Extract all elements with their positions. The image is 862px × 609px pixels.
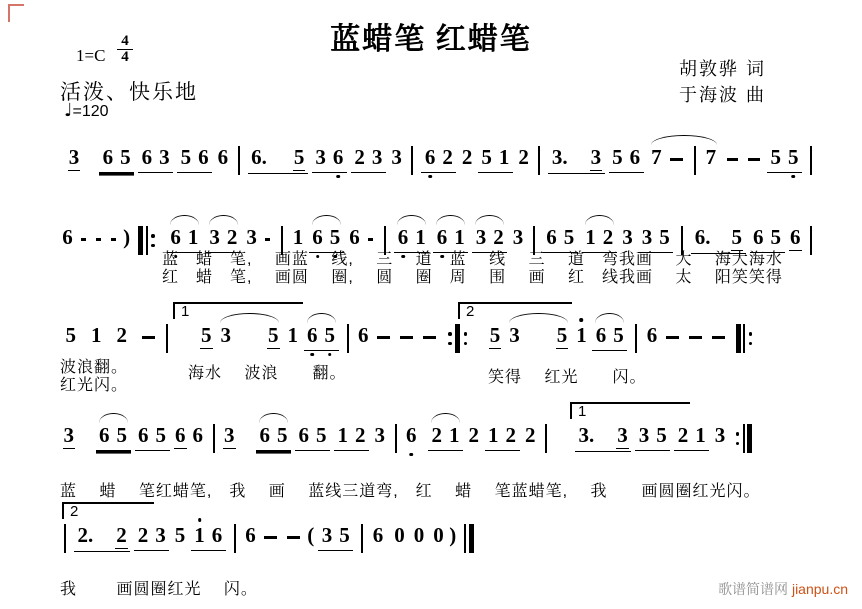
note-group: 23 <box>351 146 386 173</box>
thin-bar <box>347 324 349 353</box>
note: 1 <box>498 146 511 170</box>
note: 6 <box>197 146 210 170</box>
note-group-slur: 77 <box>648 146 720 177</box>
key-signature: 1=C <box>76 46 105 66</box>
lyric-line: 蓝 蜡 笔红蜡笔, 我 画 蓝线三道弯, 红 蜡 笔蓝蜡笔, 我 画圆圈红光闪。 <box>60 478 760 501</box>
note: 6 <box>646 324 659 348</box>
note: 6 <box>61 226 74 250</box>
barline <box>810 226 812 255</box>
note-group: 6.5 <box>248 146 308 174</box>
thin-bar <box>395 424 397 453</box>
note: 5 <box>276 424 289 448</box>
note: 5 <box>556 324 569 349</box>
note: 5 <box>315 424 328 448</box>
note: 3 <box>616 424 629 449</box>
thick-bar <box>747 424 752 453</box>
note: 1 <box>193 524 206 548</box>
note-group: 3.3 <box>548 146 604 174</box>
score-line-1: 365635666.5362336225123.3567755 <box>58 122 818 177</box>
spacer <box>428 524 430 525</box>
lyric-line: 红 蜡 笔, 画圆 圈, 圆 圈 周 围 画 红 线我画 太 阳笑笑得 <box>162 264 783 287</box>
note-group: 55 <box>767 146 802 173</box>
note: 6 <box>405 424 418 448</box>
repeat-dots <box>150 226 156 255</box>
note: 6 <box>192 424 205 448</box>
note: 5 <box>180 146 193 170</box>
note: 6 <box>789 226 802 251</box>
note: 6. <box>250 146 268 170</box>
note: 7 <box>705 146 718 170</box>
note-group: 65 <box>99 146 134 173</box>
note-group-slur: 65 <box>256 424 291 451</box>
barline <box>635 324 637 353</box>
note: 6 <box>357 324 370 348</box>
note-group: 65 <box>135 424 170 451</box>
low-octave-dot <box>310 353 314 357</box>
note-group: 2.2 <box>74 524 130 552</box>
parenthesis: ) <box>123 226 130 249</box>
duration-dash <box>142 336 155 339</box>
notation-row: 365635666.5362336225123.3567755 <box>58 146 818 177</box>
spacer <box>408 524 410 525</box>
note: 5 <box>116 424 129 448</box>
high-octave-dot <box>580 318 584 322</box>
lyric-line: 我 画圆圈红光 闪。 <box>60 576 258 599</box>
composer-credit: 于海波 曲 <box>679 81 766 107</box>
thick-bar <box>138 226 143 255</box>
time-signature: 4 4 <box>117 34 133 65</box>
note-group: 56 <box>609 146 644 173</box>
lyricist-credit: 胡敦骅 词 <box>679 55 766 81</box>
notation-row: 51253516565351656 <box>58 324 818 353</box>
metronome-value: =120 <box>73 103 109 120</box>
thin-bar <box>545 424 547 453</box>
barline <box>64 524 66 553</box>
spacer <box>83 146 97 147</box>
volta-label: 2 <box>70 504 78 521</box>
note: 3 <box>314 146 327 170</box>
note: 6 <box>332 146 345 170</box>
thin-bar <box>743 424 745 453</box>
note: 5 <box>65 324 78 348</box>
watermark-site-name: 歌谱简谱网 <box>718 581 792 597</box>
duration-dash <box>264 536 277 539</box>
thin-bar <box>146 226 148 255</box>
note-group-slur: 65 <box>96 424 131 451</box>
thin-bar <box>743 324 745 353</box>
note: 3 <box>223 424 236 449</box>
note: 1 <box>448 424 461 448</box>
note-group: 56 <box>177 146 212 173</box>
barline <box>538 146 540 175</box>
note: 6 <box>259 424 272 448</box>
spacer <box>58 226 59 227</box>
note: 3 <box>374 424 387 448</box>
thin-bar <box>166 324 168 353</box>
spacer <box>571 146 587 147</box>
note: 6 <box>141 146 154 170</box>
thin-bar <box>635 324 637 353</box>
thin-bar <box>464 524 466 553</box>
volta-label: 1 <box>181 304 189 321</box>
thin-bar <box>810 146 812 175</box>
low-octave-dot <box>409 453 413 457</box>
note: 5 <box>612 324 625 348</box>
spacer <box>235 324 265 325</box>
note: 0 <box>432 524 445 548</box>
note: 6 <box>306 324 319 348</box>
begin-repeat-sign <box>736 324 754 353</box>
duration-dash <box>96 238 101 241</box>
note-group: 16 <box>191 524 226 551</box>
end-begin-repeat-sign <box>447 324 468 353</box>
note: 2 <box>461 146 474 170</box>
metronome-mark: ♩=120 <box>64 100 109 121</box>
note: 1 <box>694 424 707 448</box>
note: 3 <box>390 146 403 170</box>
note: 2 <box>116 324 129 348</box>
watermark-site-url: jianpu.cn <box>792 581 848 597</box>
thick-bar <box>455 324 460 353</box>
spacer <box>238 424 254 425</box>
spacer <box>162 226 165 227</box>
duration-dash <box>423 336 436 339</box>
parenthesis: ) <box>449 524 456 547</box>
note: 6 <box>174 424 187 449</box>
thin-bar <box>411 146 413 175</box>
note: 6 <box>595 324 608 348</box>
duration-dash <box>670 158 683 161</box>
thin-bar <box>213 424 215 453</box>
score-line-4: 136565663656512362121223.335213蓝 蜡 笔红蜡笔,… <box>58 400 818 453</box>
note: 5 <box>267 324 280 349</box>
note: 5 <box>174 524 187 548</box>
note: 1 <box>487 424 500 448</box>
duration-dash <box>666 336 679 339</box>
note: 3 <box>154 524 167 548</box>
duration-dash <box>689 336 702 339</box>
note: 5 <box>155 424 168 448</box>
note: 6 <box>102 146 115 170</box>
spacer <box>58 146 65 147</box>
spacer <box>97 524 113 525</box>
note: 2. <box>77 524 95 548</box>
note-group: 12 <box>485 424 520 451</box>
barline <box>361 524 363 553</box>
repeat-dots <box>463 324 469 353</box>
volta-label: 1 <box>578 404 586 421</box>
lyric-line: 海水 波浪 翻。 <box>188 360 346 383</box>
spacer <box>80 324 88 325</box>
note: 3 <box>220 324 233 348</box>
note-group-slur: 65 <box>304 324 339 351</box>
spacer <box>474 324 486 325</box>
spacer <box>553 424 573 425</box>
low-octave-dot <box>336 175 340 179</box>
note-group: 36 <box>312 146 347 173</box>
duration-dash <box>748 158 760 161</box>
barline <box>395 424 397 453</box>
spacer <box>105 324 113 325</box>
spacer <box>714 226 728 227</box>
note: 3 <box>321 524 334 548</box>
low-octave-dot <box>428 175 432 179</box>
spacer <box>78 424 94 425</box>
note: 6 <box>211 524 224 548</box>
note: 2 <box>517 146 530 170</box>
duration-dash <box>287 536 300 539</box>
duration-dash <box>368 238 373 241</box>
note: 1 <box>90 324 103 348</box>
note: 3 <box>63 424 76 449</box>
spacer <box>387 524 391 525</box>
note: 5 <box>480 146 493 170</box>
thin-bar <box>238 146 240 175</box>
note: 6 <box>629 146 642 170</box>
spacer <box>131 324 137 325</box>
thin-bar <box>694 146 696 175</box>
note: 2 <box>468 424 481 448</box>
begin-repeat-sign <box>138 226 156 255</box>
duration-dash <box>265 238 270 241</box>
thin-bar <box>64 524 66 553</box>
barline <box>545 424 547 453</box>
barline <box>411 146 413 175</box>
barline <box>810 146 812 175</box>
note-group: 23 <box>134 524 169 551</box>
note: 2 <box>137 524 150 548</box>
note-group: 65 <box>295 424 330 451</box>
note: 2 <box>677 424 690 448</box>
barline <box>234 524 236 553</box>
spacer <box>420 424 426 425</box>
note: 5 <box>489 324 502 349</box>
sheet-music-page: 蓝蜡笔 红蜡笔 1=C 4 4 活泼、快乐地 ♩=120 胡敦骅 词 于海波 曲… <box>0 0 862 609</box>
quarter-note-icon: ♩ <box>64 100 73 121</box>
note-group: 63 <box>138 146 173 173</box>
note: 3. <box>551 146 569 170</box>
note: 6 <box>244 524 257 548</box>
score-line-2: 6)613231656616132365123356.5656蓝 蜡 笔, 画蓝… <box>58 202 818 255</box>
note-group-slur: 35 <box>506 324 571 351</box>
note-group: 12 <box>334 424 369 451</box>
note: 0 <box>393 524 406 548</box>
duration-dash <box>111 238 116 241</box>
score-line-5: 22.2235166(356000)我 画圆圈红光 闪。 <box>58 500 818 553</box>
thin-bar <box>361 524 363 553</box>
duration-dash <box>727 158 739 161</box>
high-octave-dot <box>198 518 202 522</box>
note-group: 35 <box>318 524 353 551</box>
note: 6 <box>98 424 111 448</box>
spacer <box>174 324 198 325</box>
note: 5 <box>200 324 213 349</box>
note: 3 <box>68 146 81 171</box>
spacer <box>58 324 62 325</box>
note: 5 <box>324 324 337 348</box>
end-repeat-sign <box>735 424 753 453</box>
barline <box>166 324 168 353</box>
duration-dash <box>712 336 725 339</box>
note-group: 21 <box>674 424 709 451</box>
note: 5 <box>611 146 624 170</box>
note: 2 <box>505 424 518 448</box>
note-group: 35 <box>635 424 670 451</box>
spacer <box>523 324 553 325</box>
barline <box>694 146 696 175</box>
note: 2 <box>441 146 454 170</box>
duration-dash <box>377 336 390 339</box>
note: 1 <box>337 424 350 448</box>
note: 3. <box>578 424 596 448</box>
note: 3 <box>638 424 651 448</box>
duration-dash <box>81 238 86 241</box>
volta-bracket-1: 1 <box>570 402 690 419</box>
barline <box>347 324 349 353</box>
notation-row: 36565663656512362121223.335213 <box>58 424 818 453</box>
parenthesis: ( <box>307 524 314 547</box>
barline <box>213 424 215 453</box>
note-group-slur: 65 <box>592 324 627 351</box>
note: 6 <box>298 424 311 448</box>
watermark: 歌谱简谱网 jianpu.cn <box>718 579 848 599</box>
spacer <box>270 146 290 147</box>
note: 3 <box>714 424 727 448</box>
thin-bar <box>810 226 812 255</box>
note: 3 <box>158 146 171 170</box>
thick-bar <box>469 524 474 553</box>
note: 5 <box>119 146 132 170</box>
low-octave-dot <box>328 353 332 357</box>
note: 2 <box>353 146 366 170</box>
final-barline <box>464 524 474 553</box>
low-octave-dot <box>791 175 795 179</box>
lyric-line: 笑得 红光 闪。 <box>488 364 646 387</box>
note: 2 <box>431 424 444 448</box>
thick-bar <box>736 324 741 353</box>
notation-row: 2.2235166(356000) <box>58 524 818 553</box>
note: 5 <box>293 146 306 171</box>
time-signature-top: 4 <box>117 34 133 50</box>
repeat-dots <box>447 324 453 353</box>
time-signature-bottom: 4 <box>117 50 133 65</box>
note: 7 <box>650 146 663 170</box>
repeat-dots <box>735 424 741 453</box>
note: 2 <box>115 524 128 549</box>
note-group: 51 <box>478 146 513 173</box>
note: 2 <box>524 424 537 448</box>
note: 3 <box>371 146 384 170</box>
duration-dash <box>400 336 413 339</box>
note: 1 <box>287 324 300 348</box>
note: 1 <box>575 324 588 348</box>
note: 5 <box>787 146 800 170</box>
note-group: 62 <box>421 146 456 173</box>
volta-bracket-2: 2 <box>62 502 154 519</box>
repeat-dots <box>748 324 754 353</box>
note: 6 <box>217 146 230 170</box>
lyric-line: 红光闪。 <box>60 372 128 395</box>
note: 5 <box>338 524 351 548</box>
note-group-slur: 35 <box>217 324 282 351</box>
thin-bar <box>538 146 540 175</box>
volta-label: 2 <box>466 304 474 321</box>
note: 6 <box>137 424 150 448</box>
score-line-3: 1251253516565351656波浪翻。海水 波浪 翻。红光闪。笑得 红光… <box>58 300 818 353</box>
note: 0 <box>413 524 426 548</box>
thin-bar <box>234 524 236 553</box>
spacer <box>58 424 60 425</box>
note: 5 <box>655 424 668 448</box>
note: 3 <box>508 324 521 348</box>
barline <box>238 146 240 175</box>
note-group-slur: 21 <box>428 424 463 451</box>
note: 5 <box>770 146 783 170</box>
note: 6 <box>424 146 437 170</box>
note-group: 3.3 <box>575 424 631 452</box>
note: 2 <box>354 424 367 448</box>
note: 3 <box>590 146 603 171</box>
note: 6 <box>372 524 385 548</box>
spacer <box>598 424 614 425</box>
